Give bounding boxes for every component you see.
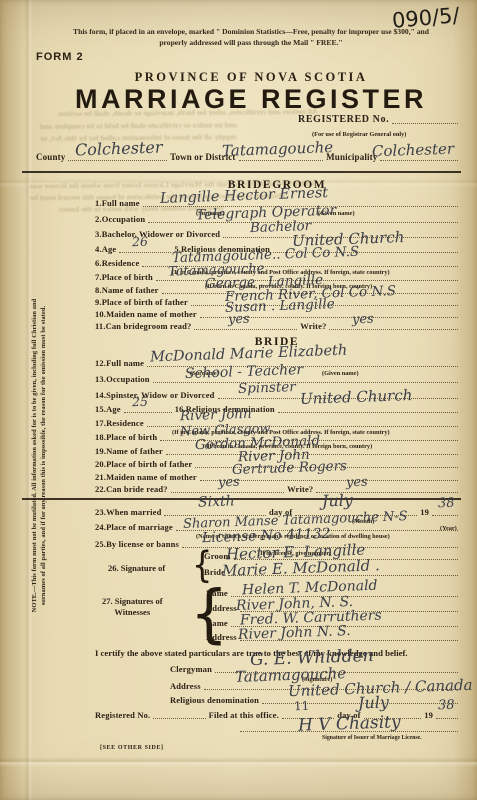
handwritten-municipality: Colchester — [372, 142, 455, 160]
field-number: 19. — [95, 446, 106, 456]
groom-read-line — [194, 329, 297, 330]
field-number: 9. — [95, 297, 102, 307]
field-number: 24. — [95, 522, 106, 532]
field-number: 10. — [95, 309, 106, 319]
handwritten-county: Colchester — [75, 139, 163, 158]
groom-father-label: Name of father — [102, 285, 162, 295]
registered-no-sublabel: (For use of Registrar General only) — [312, 131, 406, 138]
handwritten-groom-age: 26 — [132, 236, 148, 249]
bride-religion-line — [278, 412, 458, 413]
bride-birthplace-label: Place of birth — [106, 432, 160, 442]
bride-status-label: Spinster, Widow or Divorced — [106, 390, 217, 400]
handwritten-bride-religion: United Church — [300, 388, 413, 407]
handwritten-groom-write: yes — [352, 313, 374, 327]
main-title: MARRIAGE REGISTER — [25, 84, 477, 115]
handwritten-bride-status: Spinster — [238, 381, 296, 397]
filed-at-office-label: Filed at this office. — [209, 710, 282, 720]
when-married-label: When married — [106, 507, 164, 517]
margin-note-vertical: NOTE.—This form must not be mutilated. A… — [30, 223, 49, 688]
handwritten-marriage-month: July — [322, 492, 353, 509]
bride-father-label: Name of father — [106, 446, 166, 456]
groom-status-label: Bachelor, Widower or Divorced — [102, 229, 223, 239]
field-number: 13. — [95, 374, 106, 384]
registered-no-bottom-line — [153, 718, 205, 719]
section-divider-rule — [22, 498, 461, 500]
registered-no-line — [392, 123, 458, 124]
handwritten-groom-read: yes — [228, 313, 250, 327]
marriage-register-document: All notices and certificates, other for … — [0, 0, 477, 800]
field-number: 11. — [95, 321, 106, 331]
witness1-name-label: Name — [206, 588, 231, 598]
witnesses-label-line1: Signatures of — [115, 596, 163, 606]
field-number: 1. — [95, 198, 102, 208]
field-number: 20. — [95, 459, 106, 469]
witness2-address-label: Address — [206, 632, 240, 642]
field-number: 21. — [95, 472, 106, 482]
field-number: 3. — [95, 229, 102, 239]
field-number: 23. — [95, 507, 106, 517]
denomination-label: Religious denomination — [170, 695, 262, 705]
handwritten-marriage-year: 38 — [438, 497, 455, 511]
field-number: 4. — [95, 244, 102, 254]
county-line — [68, 160, 167, 161]
municipality-line — [380, 160, 458, 161]
bride-full-name-label: Full name — [106, 358, 147, 368]
mail-notice-line1: This form, if placed in an envelope, mar… — [25, 27, 477, 36]
field-number: 6. — [95, 258, 102, 268]
district-line — [239, 160, 324, 161]
paper-crease — [0, 757, 477, 767]
handwritten-filed-month: July — [358, 694, 389, 711]
bride-can-read-label: Can bride read? — [106, 484, 171, 494]
margin-note-line2: surnames of all parties, and if for any … — [40, 306, 47, 606]
groom-residence-label: Residence — [102, 258, 143, 268]
filed-year-line — [436, 718, 458, 719]
issuer-signature-sublabel: Signature of Issuer of Marriage License. — [322, 735, 422, 741]
groom-write-line — [329, 329, 458, 330]
field-number: 8. — [95, 285, 102, 295]
filing-year-prefix: 19 — [424, 710, 436, 720]
field-number: 2. — [95, 214, 102, 224]
field-number: 18. — [95, 432, 106, 442]
registered-no-bottom-label: Registered No. — [95, 710, 153, 720]
handwritten-witness2-address: River John N. S. — [238, 624, 351, 642]
witness2-name-label: Name — [206, 618, 231, 628]
field-number: 26. — [108, 563, 119, 573]
bride-father-birthplace-label: Place of birth of father — [106, 459, 195, 469]
bride-occupation-label: Occupation — [106, 374, 153, 384]
field-number: 22. — [95, 484, 106, 494]
witness1-address-label: Address — [206, 603, 240, 613]
license-or-banns-label: By license or banns — [106, 539, 182, 549]
handwritten-bride-age: 25 — [132, 396, 148, 409]
section-divider-rule — [22, 171, 461, 173]
groom-occupation-label: Occupation — [102, 214, 149, 224]
clergyman-label: Clergyman — [170, 664, 215, 674]
bride-age-label: Age — [106, 404, 124, 414]
groom-write-label: Write? — [300, 321, 329, 331]
field-number: 25. — [95, 539, 106, 549]
bride-write-label: Write? — [287, 484, 316, 494]
year-prefix: 19 — [420, 507, 432, 517]
groom-birthplace-label: Place of birth — [102, 272, 156, 282]
place-of-marriage-label: Place of marriage — [106, 522, 176, 532]
groom-mother-label: Maiden name of mother — [106, 309, 200, 319]
bride-residence-label: Residence — [106, 418, 147, 428]
margin-note-line1: NOTE.—This form must not be mutilated. A… — [31, 299, 38, 613]
mail-notice-line2: properly addressed will pass through the… — [25, 38, 477, 47]
handwritten-marriage-day-word: Sixth — [198, 494, 235, 509]
signature-of-label: Signature of — [121, 563, 165, 573]
bleedthrough-text: and no notice or certificate shall be he… — [40, 120, 237, 131]
groom-age-label: Age — [102, 244, 120, 254]
groom-age-line — [119, 252, 171, 253]
handwritten-bride-write: yes — [346, 476, 368, 490]
province-title: PROVINCE OF NOVA SCOTIA — [25, 70, 477, 85]
handwritten-issuer-signature: H V Chasity — [298, 714, 401, 735]
handwritten-bride-residence: River John — [180, 408, 252, 424]
bride-age-line — [124, 412, 172, 413]
handwritten-filed-year: 38 — [438, 699, 455, 713]
field-number: 12. — [95, 358, 106, 368]
form-number-label: FORM 2 — [36, 51, 84, 63]
field-number: 17. — [95, 418, 106, 428]
bride-occupation-line — [153, 382, 458, 383]
groom-full-name-label: Full name — [102, 198, 143, 208]
see-other-side-note: [SEE OTHER SIDE] — [100, 745, 164, 751]
field-number: 27. — [102, 596, 113, 606]
field-number: 7. — [95, 272, 102, 282]
handwritten-filed-day: 11 — [294, 700, 310, 713]
groom-can-read-label: Can bridegroom read? — [106, 321, 195, 331]
bride-father-line — [166, 454, 458, 455]
handwritten-district: Tatamagouche — [222, 140, 334, 159]
witnesses-label-line2: Witnesses — [114, 607, 150, 617]
handwritten-bride-read: yes — [218, 476, 240, 490]
year-line — [432, 515, 458, 516]
county-label: County — [36, 152, 68, 162]
groom-father-birthplace-label: Place of birth of father — [102, 297, 191, 307]
field-number: 14. — [95, 390, 106, 400]
clergyman-address-label: Address — [170, 681, 204, 691]
field-number: 15. — [95, 404, 106, 414]
bride-mother-label: Maiden name of mother — [106, 472, 200, 482]
registered-no-label: REGISTERED No. — [298, 114, 392, 125]
